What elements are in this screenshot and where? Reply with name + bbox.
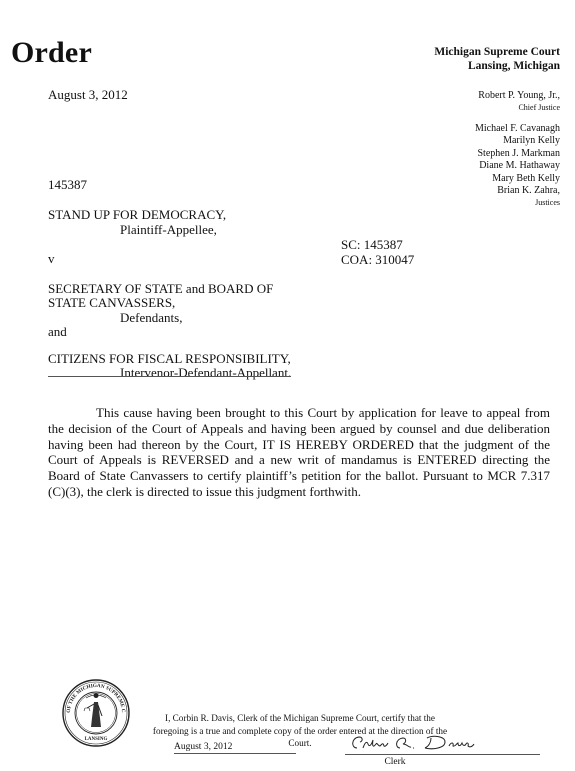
intervenor-name: CITIZENS FOR FISCAL RESPONSIBILITY, bbox=[48, 352, 291, 367]
defendants-role: Defendants, bbox=[48, 311, 291, 326]
coa-number: COA: 310047 bbox=[341, 253, 414, 268]
justice-name: Stephen J. Markman bbox=[475, 148, 560, 161]
intervenor-role: Intervenor-Defendant-Appellant. bbox=[48, 366, 291, 381]
order-title: Order bbox=[11, 36, 92, 70]
case-caption: STAND UP FOR DEMOCRACY, Plaintiff-Appell… bbox=[48, 208, 291, 381]
signature-icon bbox=[345, 732, 540, 754]
certification-date: August 3, 2012 bbox=[174, 742, 296, 754]
court-seal-icon: SEAL OF THE MICHIGAN SUPREME COURT LANSI… bbox=[61, 678, 131, 748]
defendants-name-line1: SECRETARY OF STATE and BOARD OF bbox=[48, 282, 291, 297]
docket-number: 145387 bbox=[48, 177, 87, 193]
plaintiff-role: Plaintiff-Appellee, bbox=[48, 223, 291, 238]
plaintiff-name: STAND UP FOR DEMOCRACY, bbox=[48, 208, 291, 223]
and-connector: and bbox=[48, 325, 291, 340]
justice-name: Brian K. Zahra, bbox=[475, 185, 560, 198]
chief-justice-name: Robert P. Young, Jr., bbox=[475, 90, 560, 103]
justice-name: Mary Beth Kelly bbox=[475, 173, 560, 186]
clerk-signature bbox=[345, 732, 540, 755]
versus: v bbox=[48, 252, 291, 267]
justice-name: Diane M. Hathaway bbox=[475, 160, 560, 173]
order-paragraph: This cause having been brought to this C… bbox=[48, 405, 550, 500]
svg-text:LANSING: LANSING bbox=[85, 737, 108, 742]
order-date: August 3, 2012 bbox=[48, 87, 128, 103]
court-header: Michigan Supreme Court Lansing, Michigan bbox=[434, 45, 560, 73]
caption-divider bbox=[48, 376, 291, 377]
order-body: This cause having been brought to this C… bbox=[48, 405, 550, 500]
certification-line1: I, Corbin R. Davis, Clerk of the Michiga… bbox=[150, 712, 450, 725]
court-name: Michigan Supreme Court bbox=[434, 45, 560, 59]
court-location: Lansing, Michigan bbox=[434, 59, 560, 73]
justice-name: Michael F. Cavanagh bbox=[475, 123, 560, 136]
chief-justice-role: Chief Justice bbox=[475, 103, 560, 113]
justices-list: Robert P. Young, Jr., Chief Justice Mich… bbox=[475, 90, 560, 208]
justice-name: Marilyn Kelly bbox=[475, 135, 560, 148]
defendants-name-line2: STATE CANVASSERS, bbox=[48, 296, 291, 311]
clerk-title: Clerk bbox=[370, 757, 420, 767]
case-numbers: SC: 145387 COA: 310047 bbox=[341, 238, 414, 267]
justices-role: Justices bbox=[475, 198, 560, 208]
sc-number: SC: 145387 bbox=[341, 238, 414, 253]
